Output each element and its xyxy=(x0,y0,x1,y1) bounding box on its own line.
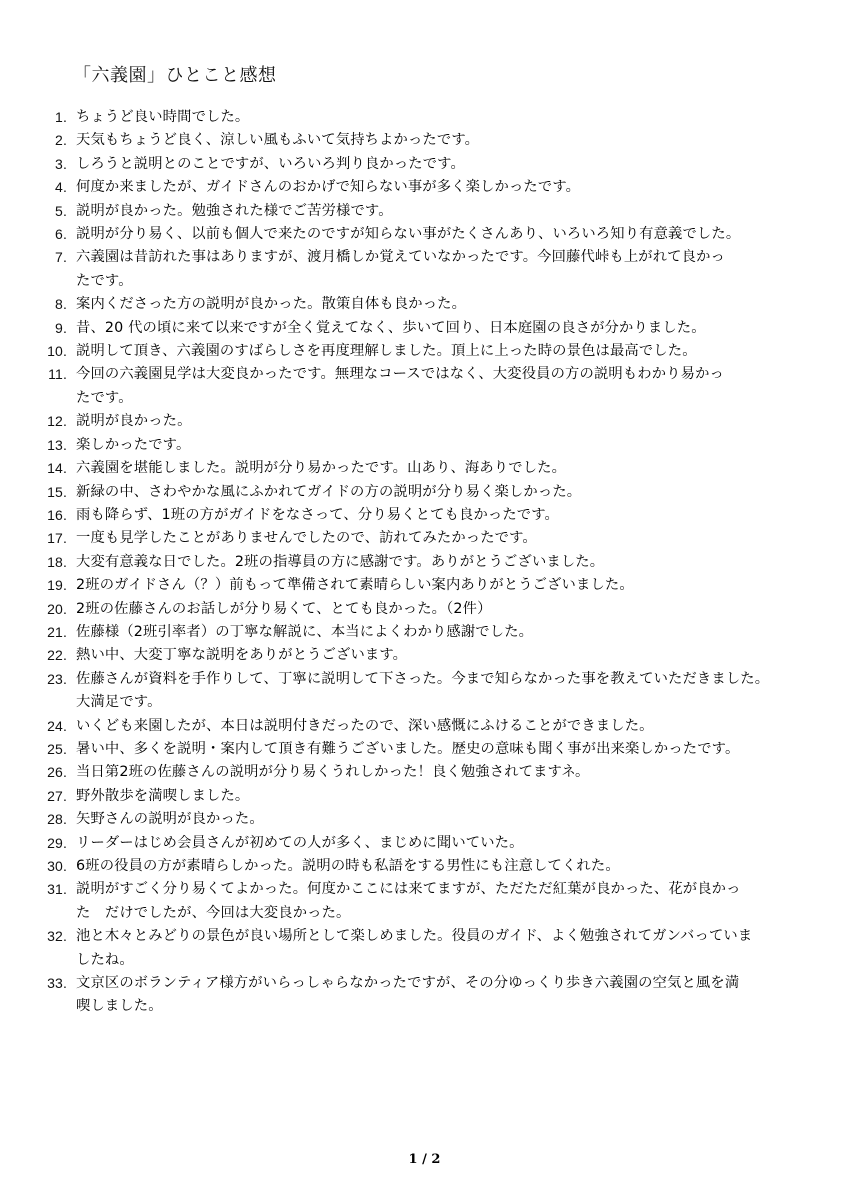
list-item: 10.説明して頂き、六義園のすばらしさを再度理解しました。頂上に上った時の景色は… xyxy=(0,340,849,363)
item-text: 雨も降らず、1班の方がガイドをなさって、分り易くとても良かったです。 xyxy=(76,504,819,527)
item-number: 9. xyxy=(0,317,67,340)
item-text: しろうと説明とのことですが、いろいろ判り良かったです。 xyxy=(76,153,819,176)
list-item: 15.新緑の中、さわやかな風にふかれてガイドの方の説明が分り易く楽しかった。 xyxy=(0,481,849,504)
item-number: 1. xyxy=(0,106,67,129)
item-number: 26. xyxy=(0,761,67,784)
list-item: 24.いくども来園したが、本日は説明付きだったので、深い感慨にふけることができま… xyxy=(0,715,849,738)
item-text: 佐藤様（2班引率者）の丁寧な解説に、本当によくわかり感謝でした。 xyxy=(76,621,819,644)
item-number: 7. xyxy=(0,246,67,269)
list-item: 33.文京区のボランティア様方がいらっしゃらなかったですが、その分ゆっくり歩き六… xyxy=(0,972,849,1019)
item-text: 六義園を堪能しました。説明が分り易かったです。山あり、海ありでした。 xyxy=(76,457,819,480)
list-item: 14.六義園を堪能しました。説明が分り易かったです。山あり、海ありでした。 xyxy=(0,457,849,480)
item-text: 池と木々とみどりの景色が良い場所として楽しめました。役員のガイド、よく勉強されて… xyxy=(76,925,819,972)
item-number: 12. xyxy=(0,410,67,433)
item-text: リーダーはじめ会員さんが初めての人が多く、まじめに聞いていた。 xyxy=(76,832,819,855)
item-number: 17. xyxy=(0,527,67,550)
item-text: ちょうど良い時間でした。 xyxy=(76,106,819,129)
list-item: 26.当日第2班の佐藤さんの説明が分り易くうれしかった！良く勉強されてますネ。 xyxy=(0,761,849,784)
list-item: 2.天気もちょうど良く、涼しい風もふいて気持ちよかったです。 xyxy=(0,129,849,152)
item-number: 24. xyxy=(0,715,67,738)
item-number: 10. xyxy=(0,340,67,363)
item-number: 29. xyxy=(0,832,67,855)
comment-list: 1.ちょうど良い時間でした。 2.天気もちょうど良く、涼しい風もふいて気持ちよか… xyxy=(0,106,849,1019)
item-number: 22. xyxy=(0,644,67,667)
list-item: 5.説明が良かった。勉強された様でご苦労様です。 xyxy=(0,200,849,223)
item-text: 案内くださった方の説明が良かった。散策自体も良かった。 xyxy=(76,293,819,316)
item-text: 天気もちょうど良く、涼しい風もふいて気持ちよかったです。 xyxy=(76,129,819,152)
list-item: 22.熱い中、大変丁寧な説明をありがとうございます。 xyxy=(0,644,849,667)
document-page: 「六義園」ひとこと感想 1.ちょうど良い時間でした。 2.天気もちょうど良く、涼… xyxy=(0,0,849,1200)
list-item: 8.案内くださった方の説明が良かった。散策自体も良かった。 xyxy=(0,293,849,316)
item-number: 32. xyxy=(0,925,67,948)
item-text: 説明が分り易く、以前も個人で来たのですが知らない事がたくさんあり、いろいろ知り有… xyxy=(76,223,819,246)
list-item: 21.佐藤様（2班引率者）の丁寧な解説に、本当によくわかり感謝でした。 xyxy=(0,621,849,644)
item-number: 13. xyxy=(0,434,67,457)
list-item: 1.ちょうど良い時間でした。 xyxy=(0,106,849,129)
item-text: 大変有意義な日でした。2班の指導員の方に感謝です。ありがとうございました。 xyxy=(76,551,819,574)
list-item: 6.説明が分り易く、以前も個人で来たのですが知らない事がたくさんあり、いろいろ知… xyxy=(0,223,849,246)
item-text: いくども来園したが、本日は説明付きだったので、深い感慨にふけることができました。 xyxy=(76,715,819,738)
item-number: 31. xyxy=(0,878,67,901)
item-text: 今回の六義園見学は大変良かったです。無理なコースではなく、大変役員の方の説明もわ… xyxy=(76,363,819,410)
item-text: 楽しかったです。 xyxy=(76,434,819,457)
item-number: 28. xyxy=(0,808,67,831)
list-item: 17.一度も見学したことがありませんでしたので、訪れてみたかったです。 xyxy=(0,527,849,550)
item-text: 説明がすごく分り易くてよかった。何度かここには来てますが、ただただ紅葉が良かった… xyxy=(76,878,819,925)
item-number: 14. xyxy=(0,457,67,480)
list-item: 25.暑い中、多くを説明・案内して頂き有難うございました。歴史の意味も聞く事が出… xyxy=(0,738,849,761)
item-text: 説明が良かった。 xyxy=(76,410,819,433)
list-item: 27.野外散歩を満喫しました。 xyxy=(0,785,849,808)
list-item: 28.矢野さんの説明が良かった。 xyxy=(0,808,849,831)
list-item: 32.池と木々とみどりの景色が良い場所として楽しめました。役員のガイド、よく勉強… xyxy=(0,925,849,972)
item-text: 新緑の中、さわやかな風にふかれてガイドの方の説明が分り易く楽しかった。 xyxy=(76,481,819,504)
item-text: 昔、20 代の頃に来て以来ですが全く覚えてなく、歩いて回り、日本庭園の良さが分か… xyxy=(76,317,819,340)
item-text: 野外散歩を満喫しました。 xyxy=(76,785,819,808)
list-item: 30.6班の役員の方が素晴らしかった。説明の時も私語をする男性にも注意してくれた… xyxy=(0,855,849,878)
item-number: 5. xyxy=(0,200,67,223)
list-item: 16.雨も降らず、1班の方がガイドをなさって、分り易くとても良かったです。 xyxy=(0,504,849,527)
item-number: 4. xyxy=(0,176,67,199)
item-number: 18. xyxy=(0,551,67,574)
item-number: 25. xyxy=(0,738,67,761)
item-number: 23. xyxy=(0,668,67,691)
item-number: 15. xyxy=(0,481,67,504)
item-text: 2班の佐藤さんのお話しが分り易くて、とても良かった。（2件） xyxy=(76,598,819,621)
item-text: 2班のガイドさん（？）前もって準備されて素晴らしい案内ありがとうございました。 xyxy=(76,574,819,597)
document-title: 「六義園」ひとこと感想 xyxy=(73,63,277,89)
item-number: 33. xyxy=(0,972,67,995)
list-item: 20.2班の佐藤さんのお話しが分り易くて、とても良かった。（2件） xyxy=(0,598,849,621)
list-item: 31.説明がすごく分り易くてよかった。何度かここには来てますが、ただただ紅葉が良… xyxy=(0,878,849,925)
item-number: 3. xyxy=(0,153,67,176)
list-item: 7.六義園は昔訪れた事はありますが、渡月橋しか覚えていなかったです。今回藤代峠も… xyxy=(0,246,849,293)
list-item: 9.昔、20 代の頃に来て以来ですが全く覚えてなく、歩いて回り、日本庭園の良さが… xyxy=(0,317,849,340)
item-text: 説明して頂き、六義園のすばらしさを再度理解しました。頂上に上った時の景色は最高で… xyxy=(76,340,819,363)
item-number: 2. xyxy=(0,129,67,152)
list-item: 18.大変有意義な日でした。2班の指導員の方に感謝です。ありがとうございました。 xyxy=(0,551,849,574)
item-text: 6班の役員の方が素晴らしかった。説明の時も私語をする男性にも注意してくれた。 xyxy=(76,855,819,878)
list-item: 29.リーダーはじめ会員さんが初めての人が多く、まじめに聞いていた。 xyxy=(0,832,849,855)
list-item: 11.今回の六義園見学は大変良かったです。無理なコースではなく、大変役員の方の説… xyxy=(0,363,849,410)
item-text: 当日第2班の佐藤さんの説明が分り易くうれしかった！良く勉強されてますネ。 xyxy=(76,761,819,784)
item-number: 6. xyxy=(0,223,67,246)
item-number: 8. xyxy=(0,293,67,316)
item-text: 六義園は昔訪れた事はありますが、渡月橋しか覚えていなかったです。今回藤代峠も上が… xyxy=(76,246,819,293)
item-number: 21. xyxy=(0,621,67,644)
list-item: 13.楽しかったです。 xyxy=(0,434,849,457)
item-number: 16. xyxy=(0,504,67,527)
item-number: 19. xyxy=(0,574,67,597)
item-text: 一度も見学したことがありませんでしたので、訪れてみたかったです。 xyxy=(76,527,819,550)
item-number: 20. xyxy=(0,598,67,621)
item-text: 熱い中、大変丁寧な説明をありがとうございます。 xyxy=(76,644,819,667)
item-text: 説明が良かった。勉強された様でご苦労様です。 xyxy=(76,200,819,223)
item-text: 暑い中、多くを説明・案内して頂き有難うございました。歴史の意味も聞く事が出来楽し… xyxy=(76,738,819,761)
list-item: 4.何度か来ましたが、ガイドさんのおかげで知らない事が多く楽しかったです。 xyxy=(0,176,849,199)
item-number: 11. xyxy=(0,363,67,386)
list-item: 19.2班のガイドさん（？）前もって準備されて素晴らしい案内ありがとうございまし… xyxy=(0,574,849,597)
item-number: 30. xyxy=(0,855,67,878)
item-text: 何度か来ましたが、ガイドさんのおかげで知らない事が多く楽しかったです。 xyxy=(76,176,819,199)
item-text: 佐藤さんが資料を手作りして、丁寧に説明して下さった。今まで知らなかった事を教えて… xyxy=(76,668,819,715)
list-item: 12.説明が良かった。 xyxy=(0,410,849,433)
item-number: 27. xyxy=(0,785,67,808)
list-item: 3.しろうと説明とのことですが、いろいろ判り良かったです。 xyxy=(0,153,849,176)
item-text: 矢野さんの説明が良かった。 xyxy=(76,808,819,831)
page-number: 1 / 2 xyxy=(0,1152,849,1167)
list-item: 23.佐藤さんが資料を手作りして、丁寧に説明して下さった。今まで知らなかった事を… xyxy=(0,668,849,715)
item-text: 文京区のボランティア様方がいらっしゃらなかったですが、その分ゆっくり歩き六義園の… xyxy=(76,972,819,1019)
